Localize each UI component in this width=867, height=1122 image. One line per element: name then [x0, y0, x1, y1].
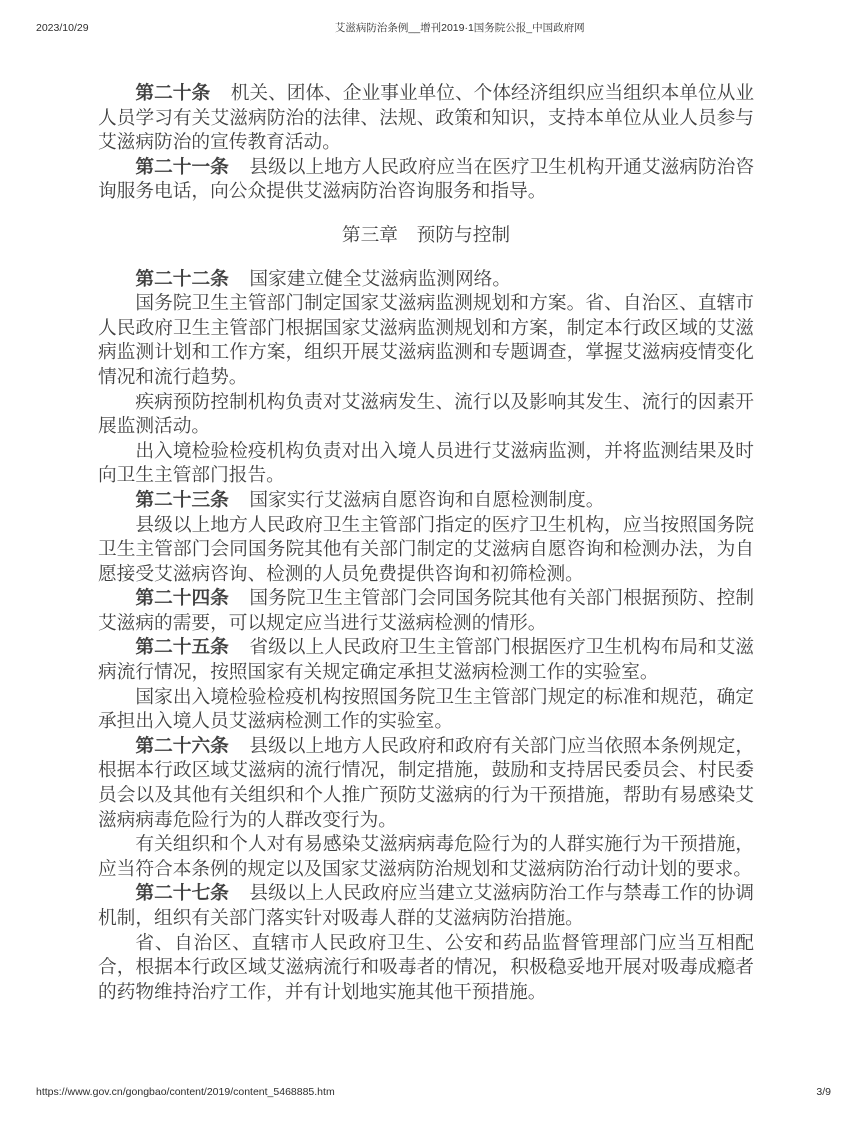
- article-number: 第二十四条: [135, 588, 228, 609]
- article-paragraph-21: 第二十一条县级以上地方人民政府应当在医疗卫生机构开通艾滋病防治咨询服务电话，向公…: [98, 156, 754, 205]
- body-paragraph: 国务院卫生主管部门制定国家艾滋病监测规划和方案。省、自治区、直辖市人民政府卫生主…: [98, 292, 754, 390]
- body-paragraph: 有关组织和个人对有易感染艾滋病病毒危险行为的人群实施行为干预措施，应当符合本条例…: [98, 833, 754, 882]
- body-paragraph: 省、自治区、直辖市人民政府卫生、公安和药品监督管理部门应当互相配合，根据本行政区…: [98, 932, 754, 1006]
- source-url: https://www.gov.cn/gongbao/content/2019/…: [36, 1086, 816, 1098]
- article-paragraph-25: 第二十五条省级以上人民政府卫生主管部门根据医疗卫生机构布局和艾滋病流行情况，按照…: [98, 636, 754, 685]
- article-text: 国家建立健全艾滋病监测网络。: [249, 269, 511, 290]
- print-footer: https://www.gov.cn/gongbao/content/2019/…: [36, 1086, 831, 1098]
- paragraph-text: 县级以上地方人民政府卫生主管部门指定的医疗卫生机构，应当按照国务院卫生主管部门会…: [98, 515, 754, 585]
- article-text: 国家实行艾滋病自愿咨询和自愿检测制度。: [249, 490, 604, 511]
- article-number: 第二十七条: [135, 883, 228, 904]
- article-number: 第二十三条: [135, 490, 228, 511]
- article-number: 第二十五条: [135, 637, 228, 658]
- page-title: 艾滋病防治条例__增刊2019·1国务院公报_中国政府网: [89, 20, 831, 35]
- article-paragraph-22: 第二十二条国家建立健全艾滋病监测网络。: [98, 268, 754, 293]
- article-number: 第二十一条: [135, 157, 228, 178]
- body-paragraph: 国家出入境检验检疫机构按照国务院卫生主管部门规定的标准和规范，确定承担出入境人员…: [98, 686, 754, 735]
- print-header: 2023/10/29 艾滋病防治条例__增刊2019·1国务院公报_中国政府网: [36, 20, 831, 35]
- article-paragraph-23: 第二十三条国家实行艾滋病自愿咨询和自愿检测制度。: [98, 489, 754, 514]
- article-number: 第二十条: [135, 83, 210, 104]
- paragraph-text: 出入境检验检疫机构负责对出入境人员进行艾滋病监测，并将监测结果及时向卫生主管部门…: [98, 441, 754, 487]
- article-paragraph-20: 第二十条机关、团体、企业事业单位、个体经济组织应当组织本单位从业人员学习有关艾滋…: [98, 82, 754, 156]
- article-number: 第二十六条: [135, 736, 228, 757]
- paragraph-text: 疾病预防控制机构负责对艾滋病发生、流行以及影响其发生、流行的因素开展监测活动。: [98, 392, 754, 438]
- printed-page: { "header": { "date": "2023/10/29", "tit…: [0, 0, 867, 1122]
- document-body: 第二十条机关、团体、企业事业单位、个体经济组织应当组织本单位从业人员学习有关艾滋…: [98, 82, 754, 1005]
- body-paragraph: 疾病预防控制机构负责对艾滋病发生、流行以及影响其发生、流行的因素开展监测活动。: [98, 391, 754, 440]
- article-paragraph-26: 第二十六条县级以上地方人民政府和政府有关部门应当依照本条例规定，根据本行政区域艾…: [98, 735, 754, 833]
- body-paragraph: 出入境检验检疫机构负责对出入境人员进行艾滋病监测，并将监测结果及时向卫生主管部门…: [98, 440, 754, 489]
- page-number: 3/9: [816, 1086, 831, 1098]
- chapter-heading: 第三章 预防与控制: [98, 224, 754, 249]
- body-paragraph: 县级以上地方人民政府卫生主管部门指定的医疗卫生机构，应当按照国务院卫生主管部门会…: [98, 514, 754, 588]
- paragraph-text: 国务院卫生主管部门制定国家艾滋病监测规划和方案。省、自治区、直辖市人民政府卫生主…: [98, 293, 754, 388]
- article-paragraph-24: 第二十四条国务院卫生主管部门会同国务院其他有关部门根据预防、控制艾滋病的需要，可…: [98, 587, 754, 636]
- paragraph-text: 有关组织和个人对有易感染艾滋病病毒危险行为的人群实施行为干预措施，应当符合本条例…: [98, 834, 754, 880]
- paragraph-text: 国家出入境检验检疫机构按照国务院卫生主管部门规定的标准和规范，确定承担出入境人员…: [98, 687, 754, 733]
- print-date: 2023/10/29: [36, 22, 89, 34]
- paragraph-text: 省、自治区、直辖市人民政府卫生、公安和药品监督管理部门应当互相配合，根据本行政区…: [98, 933, 754, 1003]
- article-number: 第二十二条: [135, 269, 228, 290]
- article-paragraph-27: 第二十七条县级以上人民政府应当建立艾滋病防治工作与禁毒工作的协调机制，组织有关部…: [98, 882, 754, 931]
